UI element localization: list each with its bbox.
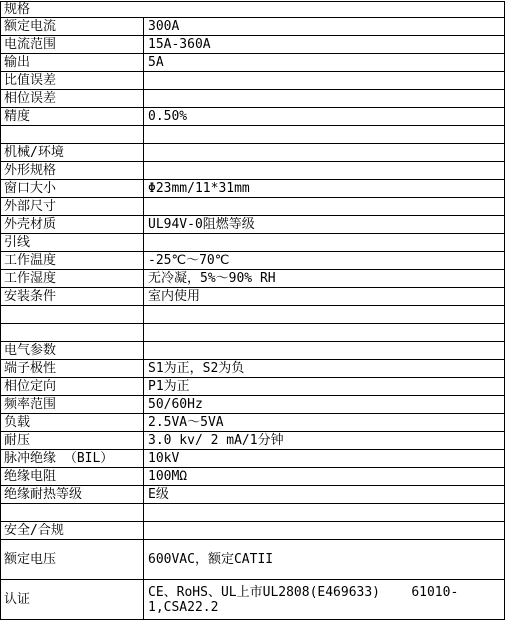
row-section-electrical-parameters: 电气参数: [1, 342, 505, 360]
spec-label: 频率范围: [1, 396, 144, 414]
spec-label: 脉冲绝缘 （BIL）: [1, 450, 144, 468]
spec-label: 绝缘电阻: [1, 468, 144, 486]
row-burden: 负载 2.5VA～5VA: [1, 414, 505, 432]
row-case-material: 外壳材质 UL94V-0阻燃等级: [1, 216, 505, 234]
spec-value: 600VAC，额定CATII: [144, 540, 505, 580]
table-title-row: 规格: [1, 2, 505, 18]
spec-label: [1, 306, 144, 324]
row-spacer: [1, 504, 505, 522]
row-current-range: 电流范围 15A-360A: [1, 36, 505, 54]
spec-value: 100MΩ: [144, 468, 505, 486]
row-spacer: [1, 126, 505, 144]
spec-table: 规格 额定电流 300A 电流范围 15A-360A 输出 5A 比值误差 相位…: [0, 1, 505, 620]
spec-value: 10kV: [144, 450, 505, 468]
row-withstand-voltage: 耐压 3.0 kv/ 2 mA/1分钟: [1, 432, 505, 450]
row-rated-current: 额定电流 300A: [1, 18, 505, 36]
spec-label: 外部尺寸: [1, 198, 144, 216]
section-label: 电气参数: [1, 342, 144, 360]
row-lead-wire: 引线: [1, 234, 505, 252]
spec-label: 绝缘耐热等级: [1, 486, 144, 504]
spec-value: S1为正，S2为负: [144, 360, 505, 378]
row-accuracy: 精度 0.50%: [1, 108, 505, 126]
row-external-dimensions: 外部尺寸: [1, 198, 505, 216]
row-installation-conditions: 安装条件 室内使用: [1, 288, 505, 306]
spec-label: 工作湿度: [1, 270, 144, 288]
spec-label: 认证: [1, 580, 144, 620]
spec-label: 安装条件: [1, 288, 144, 306]
spec-value: 2.5VA～5VA: [144, 414, 505, 432]
spec-label: 额定电流: [1, 18, 144, 36]
row-ratio-error: 比值误差: [1, 72, 505, 90]
spec-value: 5A: [144, 54, 505, 72]
spec-label: 外壳材质: [1, 216, 144, 234]
row-operating-humidity: 工作湿度 无冷凝，5%～90% RH: [1, 270, 505, 288]
spec-label: 相位定向: [1, 378, 144, 396]
row-frequency-range: 频率范围 50/60Hz: [1, 396, 505, 414]
row-terminal-polarity: 端子极性 S1为正，S2为负: [1, 360, 505, 378]
spec-value: [144, 522, 505, 540]
spec-value: [144, 324, 505, 342]
spec-value: 300A: [144, 18, 505, 36]
spec-value: [144, 90, 505, 108]
row-insulation-heat-class: 绝缘耐热等级 E级: [1, 486, 505, 504]
spec-value: [144, 504, 505, 522]
row-insulation-resistance: 绝缘电阻 100MΩ: [1, 468, 505, 486]
spec-value: [144, 126, 505, 144]
spec-value: 0.50%: [144, 108, 505, 126]
spec-value: [144, 162, 505, 180]
spec-value: 50/60Hz: [144, 396, 505, 414]
spec-label: [1, 126, 144, 144]
spec-value: 无冷凝，5%～90% RH: [144, 270, 505, 288]
table-title: 规格: [1, 2, 505, 18]
spec-value: P1为正: [144, 378, 505, 396]
spec-value: UL94V-0阻燃等级: [144, 216, 505, 234]
spec-value: -25℃～70℃: [144, 252, 505, 270]
spec-label: 相位误差: [1, 90, 144, 108]
spec-sheet: 规格 额定电流 300A 电流范围 15A-360A 输出 5A 比值误差 相位…: [0, 0, 507, 620]
spec-value: E级: [144, 486, 505, 504]
spec-value: Φ23mm/11*31mm: [144, 180, 505, 198]
row-section-mechanical-environment: 机械/环境: [1, 144, 505, 162]
row-phase-error: 相位误差: [1, 90, 505, 108]
row-operating-temperature: 工作温度 -25℃～70℃: [1, 252, 505, 270]
row-rated-voltage: 额定电压 600VAC，额定CATII: [1, 540, 505, 580]
spec-value: [144, 234, 505, 252]
row-impulse-insulation-bil: 脉冲绝缘 （BIL） 10kV: [1, 450, 505, 468]
row-form-factor: 外形规格: [1, 162, 505, 180]
spec-value: 3.0 kv/ 2 mA/1分钟: [144, 432, 505, 450]
row-output: 输出 5A: [1, 54, 505, 72]
row-phase-orientation: 相位定向 P1为正: [1, 378, 505, 396]
spec-label: 外形规格: [1, 162, 144, 180]
row-window-size: 窗口大小 Φ23mm/11*31mm: [1, 180, 505, 198]
spec-label: 输出: [1, 54, 144, 72]
row-certifications: 认证 CE、RoHS、UL上市UL2808(E469633) 61010- 1,…: [1, 580, 505, 620]
spec-value: [144, 144, 505, 162]
spec-value: [144, 198, 505, 216]
spec-label: 端子极性: [1, 360, 144, 378]
spec-label: 负载: [1, 414, 144, 432]
spec-label: 比值误差: [1, 72, 144, 90]
spec-label: [1, 324, 144, 342]
spec-value: [144, 342, 505, 360]
spec-label: 耐压: [1, 432, 144, 450]
row-spacer: [1, 306, 505, 324]
spec-label: [1, 504, 144, 522]
spec-value: [144, 72, 505, 90]
spec-label: 工作温度: [1, 252, 144, 270]
spec-label: 窗口大小: [1, 180, 144, 198]
spec-label: 精度: [1, 108, 144, 126]
spec-value: CE、RoHS、UL上市UL2808(E469633) 61010- 1,CSA…: [144, 580, 505, 620]
spec-label: 额定电压: [1, 540, 144, 580]
spec-value: [144, 306, 505, 324]
section-label: 安全/合规: [1, 522, 144, 540]
spec-label: 引线: [1, 234, 144, 252]
section-label: 机械/环境: [1, 144, 144, 162]
spec-value: 15A-360A: [144, 36, 505, 54]
row-section-safety-compliance: 安全/合规: [1, 522, 505, 540]
spec-value: 室内使用: [144, 288, 505, 306]
spec-label: 电流范围: [1, 36, 144, 54]
row-spacer: [1, 324, 505, 342]
